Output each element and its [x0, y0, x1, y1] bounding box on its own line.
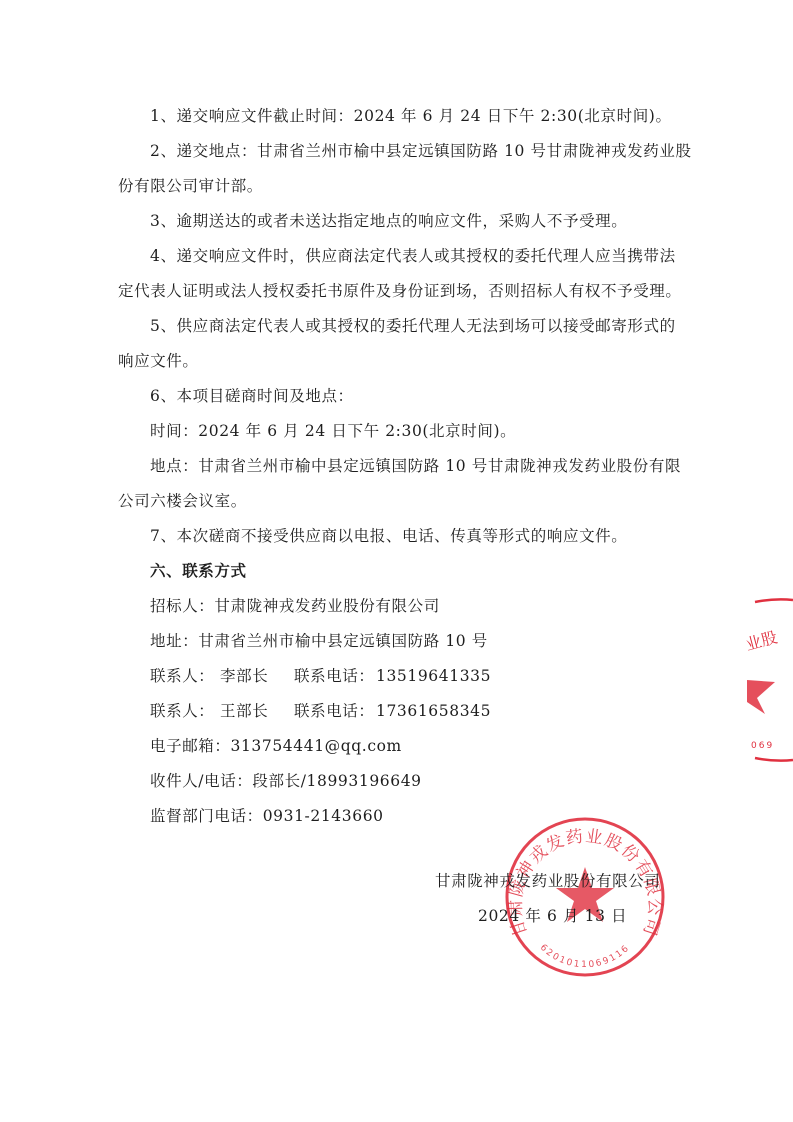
contact-phone: 17361658345 — [376, 701, 491, 721]
svg-text:069: 069 — [751, 741, 774, 751]
svg-text:6201011069116: 6201011069116 — [538, 943, 632, 970]
paragraph-submission-requirements-cont: 定代表人证明或法人授权委托书原件及身份证到场，否则招标人有权不予受理。 — [118, 281, 682, 301]
paragraph-no-telegram: 7、本次磋商不接受供应商以电报、电话、传真等形式的响应文件。 — [150, 526, 627, 546]
paragraph-negotiation-time: 时间：2024 年 6 月 24 日下午 2:30(北京时间)。 — [150, 421, 516, 441]
paragraph-submission-deadline: 1、递交响应文件截止时间：2024 年 6 月 24 日下午 2:30(北京时间… — [150, 106, 672, 126]
company-seal-stamp: 甘肃陇神戎发药业股份有限公司 6201011069116 — [503, 815, 667, 979]
contact-phone-label: 联系电话： — [294, 701, 375, 721]
paragraph-negotiation-place: 地点：甘肃省兰州市榆中县定远镇国防路 10 号甘肃陇神戎发药业股份有限 — [150, 456, 681, 476]
svg-text:业股: 业股 — [744, 628, 780, 655]
section-heading-contact: 六、联系方式 — [150, 561, 247, 581]
contact-email: 电子邮箱：313754441@qq.com — [150, 736, 402, 756]
paragraph-negotiation-place-cont: 公司六楼会议室。 — [118, 491, 247, 511]
paragraph-submission-place: 2、递交地点：甘肃省兰州市榆中县定远镇国防路 10 号甘肃陇神戎发药业股 — [150, 141, 692, 161]
signature-date: 2024 年 6 月 13 日 — [478, 906, 627, 926]
paragraph-mail-submission-cont: 响应文件。 — [118, 351, 199, 371]
signature-company: 甘肃陇神戎发药业股份有限公司 — [435, 871, 660, 891]
contact-address: 地址：甘肃省兰州市榆中县定远镇国防路 10 号 — [150, 631, 488, 651]
contact-row-1: 联系人： 李部长 联系电话： 13519641335 — [150, 666, 670, 686]
contact-tenderer: 招标人：甘肃陇神戎发药业股份有限公司 — [150, 596, 440, 616]
contact-recipient: 收件人/电话：段部长/18993196649 — [150, 771, 422, 791]
contact-supervision: 监督部门电话：0931-2143660 — [150, 806, 384, 826]
contact-name: 王部长 — [220, 701, 268, 721]
paragraph-submission-requirements: 4、递交响应文件时，供应商法定代表人或其授权的委托代理人应当携带法 — [150, 246, 676, 266]
seal-icon: 甘肃陇神戎发药业股份有限公司 6201011069116 — [503, 815, 667, 979]
paragraph-submission-place-cont: 份有限公司审计部。 — [118, 176, 263, 196]
paragraph-mail-submission: 5、供应商法定代表人或其授权的委托代理人无法到场可以接受邮寄形式的 — [150, 316, 676, 336]
contact-label: 联系人： — [150, 666, 214, 686]
document-page: 1、递交响应文件截止时间：2024 年 6 月 24 日下午 2:30(北京时间… — [0, 0, 793, 1122]
edge-seal-stamp: 业股 069 — [735, 590, 793, 770]
contact-phone-label: 联系电话： — [294, 666, 375, 686]
contact-row-2: 联系人： 王部长 联系电话： 17361658345 — [150, 701, 670, 721]
paragraph-negotiation-heading: 6、本项目磋商时间及地点： — [150, 386, 354, 406]
contact-phone: 13519641335 — [376, 666, 491, 686]
contact-name: 李部长 — [220, 666, 268, 686]
partial-seal-icon: 业股 069 — [735, 590, 793, 770]
paragraph-late-submission: 3、逾期送达的或者未送达指定地点的响应文件，采购人不予受理。 — [150, 211, 627, 231]
contact-label: 联系人： — [150, 701, 214, 721]
